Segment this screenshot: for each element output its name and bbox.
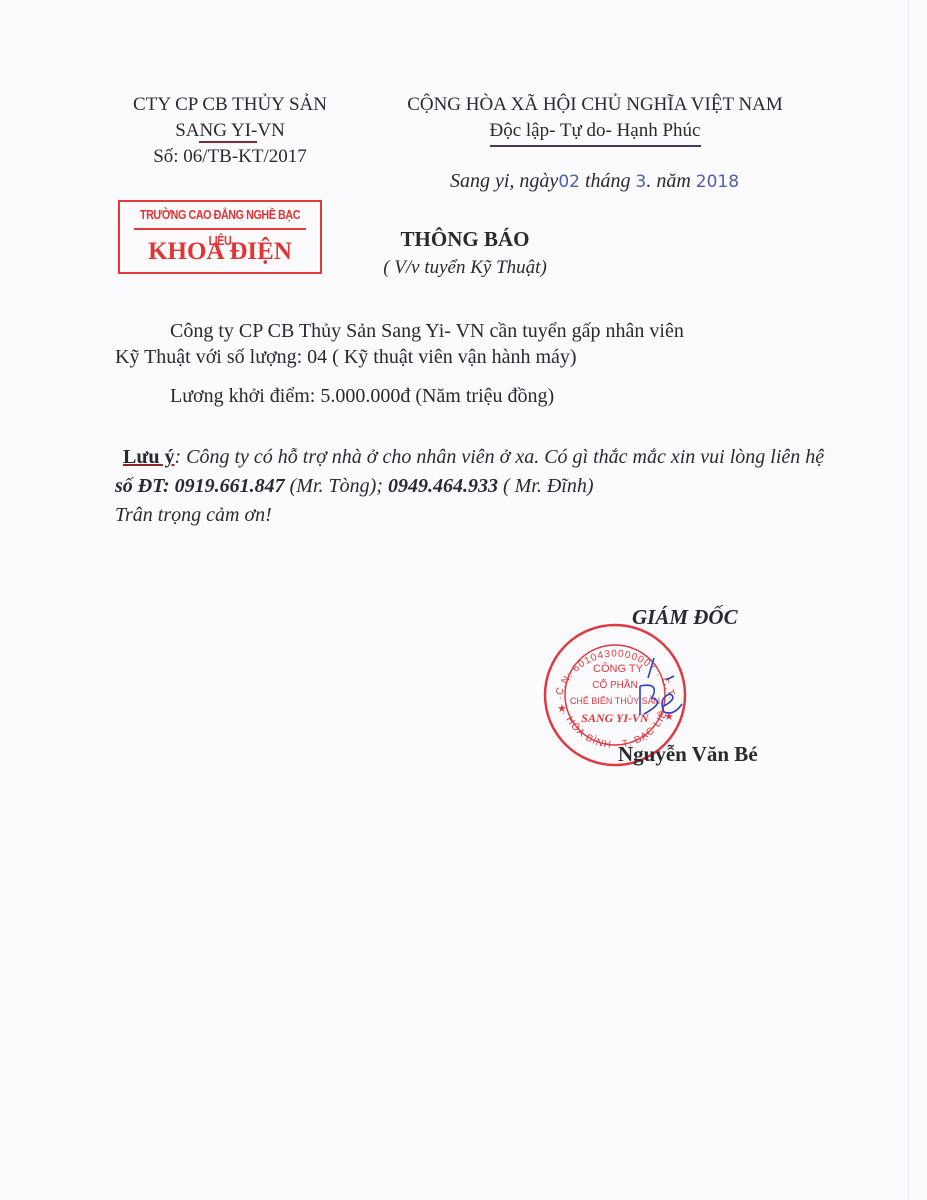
national-motto: Độc lập- Tự do- Hạnh Phúc [490,118,701,147]
document-number: Số: 06/TB-KT/2017 [100,144,360,170]
phone-1: số ĐT: 0919.661.847 [115,475,285,497]
svg-text:CỔ PHẦN: CỔ PHẦN [592,678,638,691]
svg-text:★: ★ [557,703,567,715]
nation-header: CỘNG HÒA XÃ HỘI CHỦ NGHĨA VIỆT NAM Độc l… [380,92,810,147]
document-title: THÔNG BÁO [350,227,580,252]
company-name: CTY CP CB THỦY SẢN [100,92,360,118]
body-paragraph: Công ty CP CB Thủy Sản Sang Yi- VN cần t… [115,318,835,370]
school-stamp-top: TRƯỜNG CAO ĐẲNG NGHỀ BẠC LIÊU [134,202,306,230]
note-paragraph: Lưu ý: Công ty có hỗ trợ nhà ở cho nhân … [115,443,825,530]
closing-line: Trân trọng cảm ơn! [115,501,825,530]
signatory-name: Nguyễn Văn Bé [618,742,758,767]
svg-text:CHẾ BIẾN THỦY SẢN: CHẾ BIẾN THỦY SẢN [570,695,660,706]
nation-title: CỘNG HÒA XÃ HỘI CHỦ NGHĨA VIỆT NAM [380,92,810,118]
note-label: Lưu ý [123,446,174,468]
document-subtitle: ( V/v tuyển Kỹ Thuật) [340,257,590,279]
signatory-title: GIÁM ĐỐC [632,605,738,630]
phone-2: 0949.464.933 [388,475,498,497]
company-header: CTY CP CB THỦY SẢN SANG YI-VN Số: 06/TB-… [100,92,360,170]
handwritten-year: 2018 [696,172,739,192]
company-name-line2: SANG YI-VN [100,118,360,144]
handwritten-month: 3 [636,172,647,192]
school-stamp: TRƯỜNG CAO ĐẲNG NGHỀ BẠC LIÊU KHOA ĐIỆN [118,200,322,274]
page-edge [908,0,909,1200]
date-line: Sang yi, ngày02 tháng 3. năm 2018 [450,170,739,193]
handwritten-day: 02 [558,172,580,192]
svg-text:CÔNG TY: CÔNG TY [593,662,644,675]
salary-line: Lương khởi điểm: 5.000.000đ (Năm triệu đ… [115,383,890,409]
